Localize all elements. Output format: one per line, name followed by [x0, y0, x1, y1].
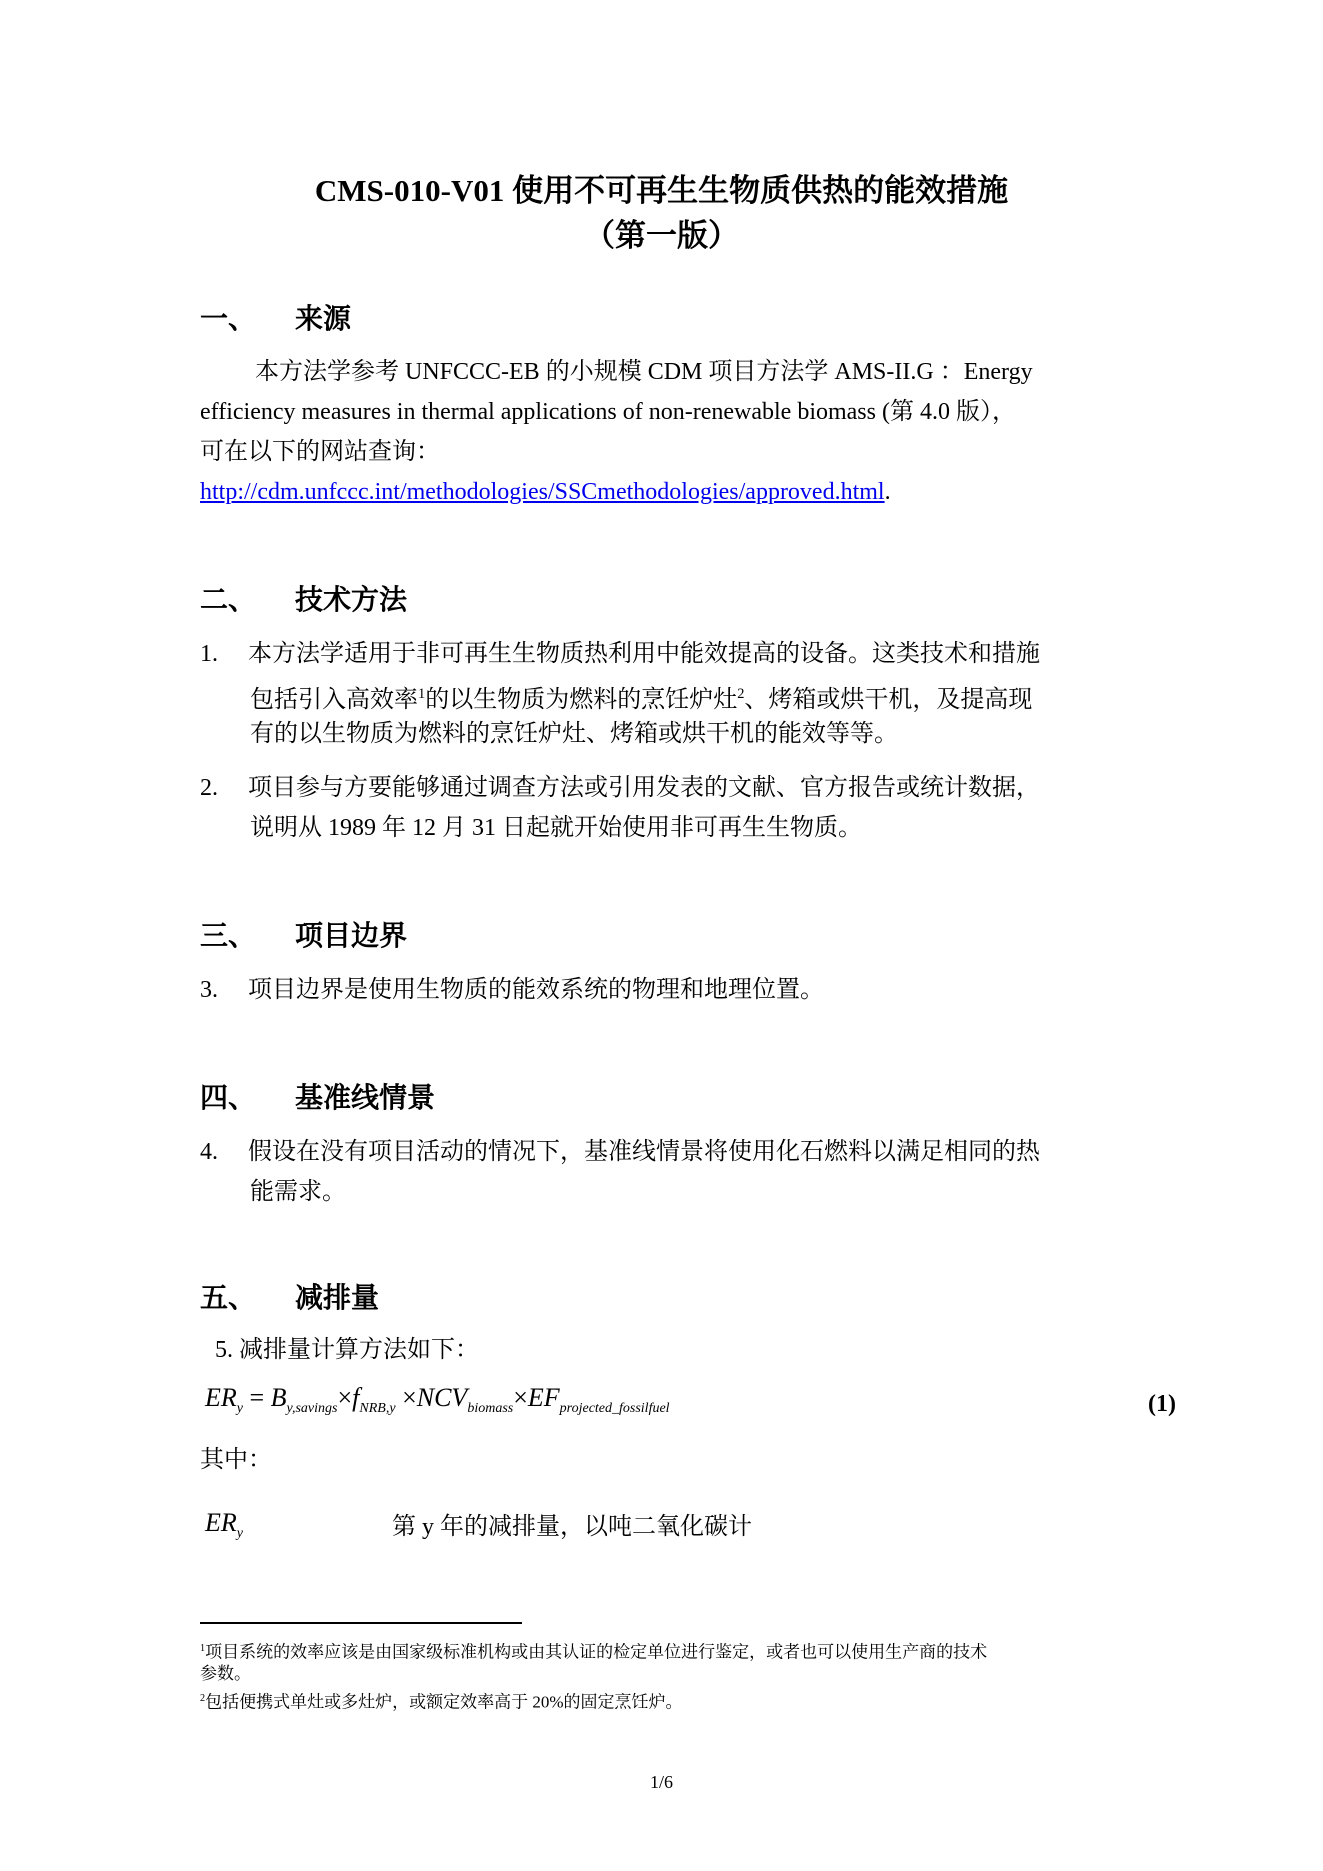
item-number: 5.	[215, 1337, 233, 1363]
definition-description: 第 y 年的减排量，以吨二氧化碳计	[392, 1507, 752, 1547]
item-5: 5. 减排量计算方法如下：	[215, 1330, 479, 1370]
section-title: 项目边界	[295, 921, 407, 952]
document-subtitle: （第一版）	[0, 210, 1323, 255]
eq-term: NCV	[417, 1383, 468, 1412]
text: 、烤箱或烘干机，及提高现	[744, 687, 1032, 713]
item-2-line1: 项目参与方要能够通过调查方法或引用发表的文献、官方报告或统计数据，	[248, 768, 1040, 808]
section-title: 来源	[295, 304, 351, 335]
section-heading-baseline: 四、基准线情景	[200, 1076, 435, 1116]
eq-term: ER	[205, 1383, 237, 1412]
def-sub: y	[237, 1526, 243, 1541]
item-3-number: 3.	[200, 970, 218, 1010]
section-title: 基准线情景	[295, 1083, 435, 1114]
footnote-1: 1项目系统的效率应该是由国家级标准机构或由其认证的检定单位进行鉴定，或者也可以使…	[200, 1636, 987, 1665]
eq-term: B	[271, 1383, 287, 1412]
text: 的以生物质为燃料的烹饪炉灶	[425, 687, 737, 713]
source-link-line: http://cdm.unfccc.int/methodologies/SSCm…	[200, 472, 891, 512]
where-label: 其中：	[200, 1440, 272, 1480]
eq-op: ×	[402, 1383, 417, 1412]
source-line3: 可在以下的网站查询：	[200, 432, 440, 472]
section-number: 五、	[200, 1276, 295, 1316]
text: 包括引入高效率	[250, 687, 418, 713]
item-2-number: 2.	[200, 768, 218, 808]
definition-symbol: ERy	[205, 1508, 243, 1542]
def-sym: ER	[205, 1508, 237, 1537]
eq-op: ×	[338, 1383, 353, 1412]
eq-sub: projected_fossilfuel	[560, 1401, 670, 1416]
eq-sub: biomass	[467, 1401, 513, 1416]
eq-sub: NRB,y	[359, 1401, 395, 1416]
eq-op: =	[249, 1383, 264, 1412]
item-text: 减排量计算方法如下：	[239, 1337, 479, 1363]
section-number: 一、	[200, 297, 295, 337]
section-title: 技术方法	[295, 585, 407, 616]
document-title: CMS-010-V01 使用不可再生生物质供热的能效措施	[0, 165, 1323, 210]
item-1-number: 1.	[200, 634, 218, 674]
equation-1: ERy = By,savings×fNRB,y ×NCVbiomass×EFpr…	[205, 1383, 670, 1417]
item-4-line1: 假设在没有项目活动的情况下，基准线情景将使用化石燃料以满足相同的热	[248, 1132, 1040, 1172]
section-number: 三、	[200, 914, 295, 954]
section-heading-technology: 二、技术方法	[200, 578, 407, 618]
section-title: 减排量	[295, 1283, 379, 1314]
eq-sub: y	[237, 1401, 243, 1416]
page-number: 1/6	[0, 1772, 1323, 1793]
link-suffix: .	[885, 479, 891, 505]
section-number: 二、	[200, 578, 295, 618]
item-2-line2: 说明从 1989 年 12 月 31 日起就开始使用非可再生生物质。	[250, 808, 862, 848]
equation-label: (1)	[1148, 1384, 1176, 1424]
footnote-text: 项目系统的效率应该是由国家级标准机构或由其认证的检定单位进行鉴定，或者也可以使用…	[205, 1643, 987, 1662]
item-3-line1: 项目边界是使用生物质的能效系统的物理和地理位置。	[248, 970, 824, 1010]
source-line2: efficiency measures in thermal applicati…	[200, 392, 1016, 432]
item-1-line1: 本方法学适用于非可再生生物质热利用中能效提高的设备。这类技术和措施	[248, 634, 1040, 674]
methodology-link[interactable]: http://cdm.unfccc.int/methodologies/SSCm…	[200, 479, 885, 505]
source-line1: 本方法学参考 UNFCCC-EB 的小规模 CDM 项目方法学 AMS-II.G…	[255, 352, 1033, 392]
eq-term: EF	[528, 1383, 560, 1412]
section-heading-reductions: 五、减排量	[200, 1276, 379, 1316]
footnote-text: 包括便携式单灶或多灶炉，或额定效率高于 20%的固定烹饪炉。	[205, 1693, 682, 1712]
footnote-1-cont: 参数。	[200, 1661, 251, 1686]
footnote-2: 2包括便携式单灶或多灶炉，或额定效率高于 20%的固定烹饪炉。	[200, 1686, 683, 1715]
section-heading-source: 一、来源	[200, 297, 351, 337]
item-4-line2: 能需求。	[250, 1172, 346, 1212]
section-number: 四、	[200, 1076, 295, 1116]
eq-op: ×	[513, 1383, 528, 1412]
section-heading-boundary: 三、项目边界	[200, 914, 407, 954]
eq-sub: y,savings	[287, 1401, 338, 1416]
item-4-number: 4.	[200, 1132, 218, 1172]
footnote-divider	[200, 1622, 522, 1624]
item-1-line3: 有的以生物质为燃料的烹饪炉灶、烤箱或烘干机的能效等等。	[250, 714, 898, 754]
